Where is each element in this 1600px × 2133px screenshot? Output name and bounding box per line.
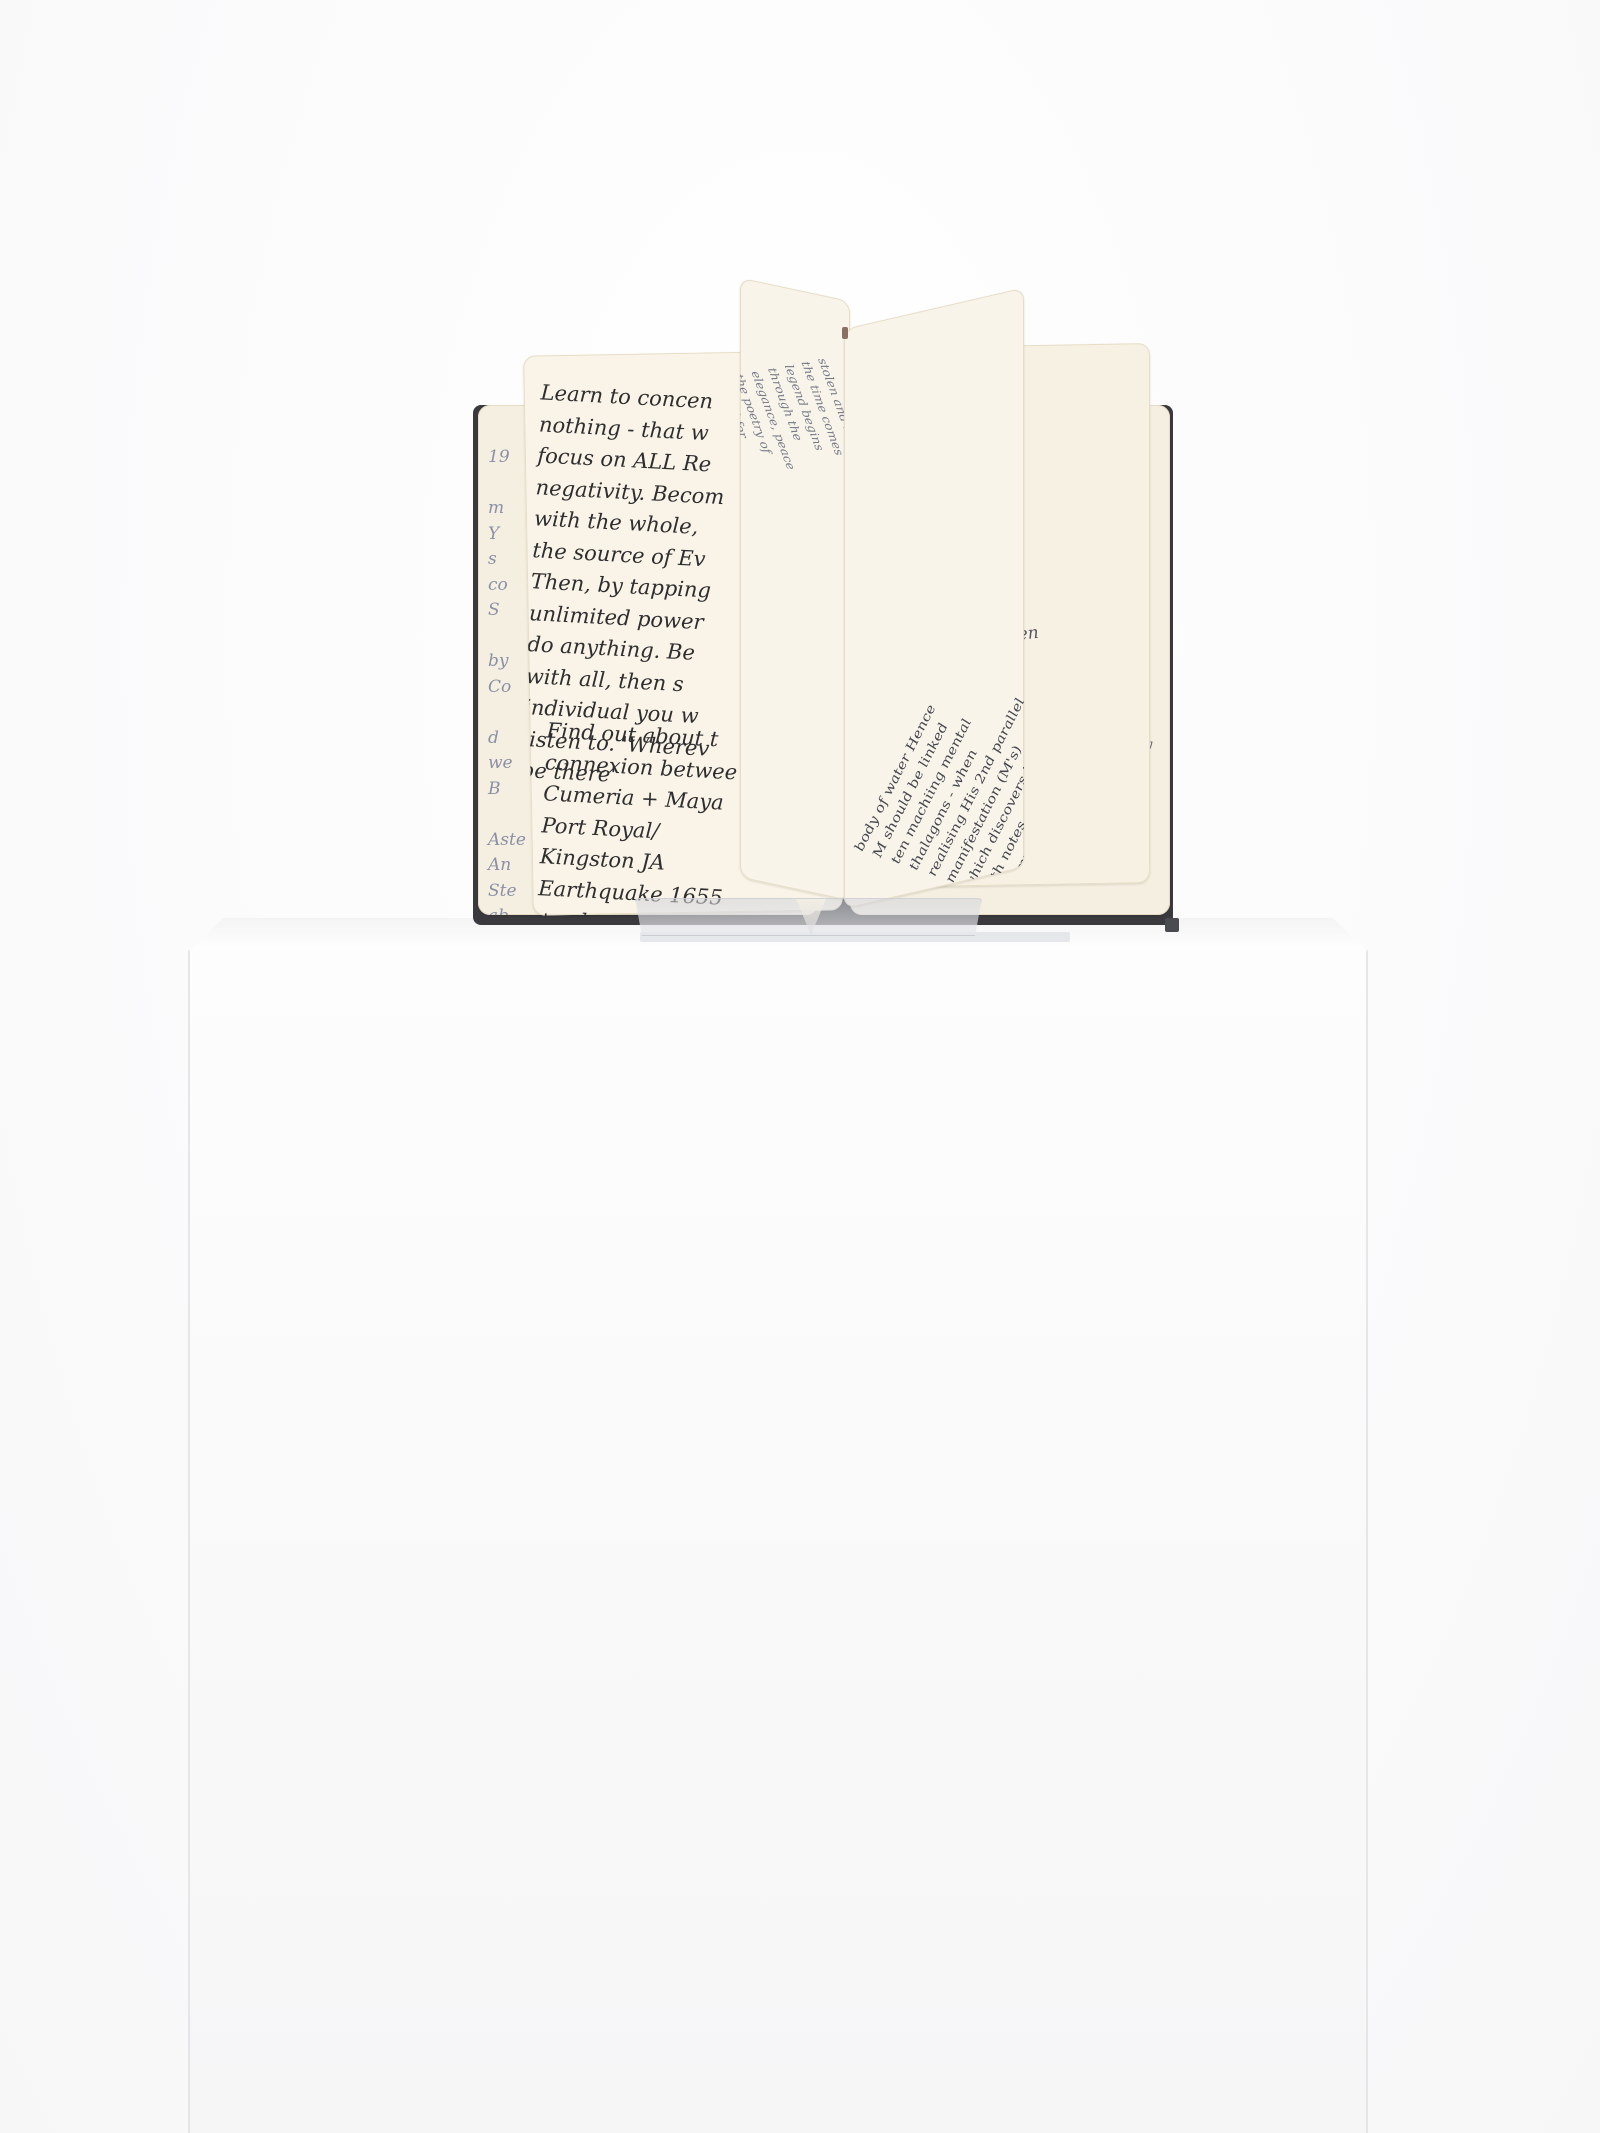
acrylic-book-stand [635, 898, 982, 936]
page-handwriting: stolen and hours the time comes legend b… [740, 357, 850, 485]
handwritten-notebook: 19 m Y s co S by Co d we B Aste An Ste a… [470, 305, 1180, 945]
plinth-left-edge [188, 952, 190, 2133]
notebook-page-fanned-right: body of water Hence M should be linked t… [844, 287, 1024, 909]
plinth-right-edge [1366, 952, 1368, 2133]
page-handwriting: body of water Hence M should be linked t… [850, 642, 1024, 909]
spine-mark [842, 327, 848, 339]
stand-reflection [796, 899, 826, 935]
cover-corner [1165, 918, 1179, 932]
display-plinth [188, 950, 1368, 2133]
notebook-page-fanned-left: stolen and hours the time comes legend b… [740, 278, 850, 901]
